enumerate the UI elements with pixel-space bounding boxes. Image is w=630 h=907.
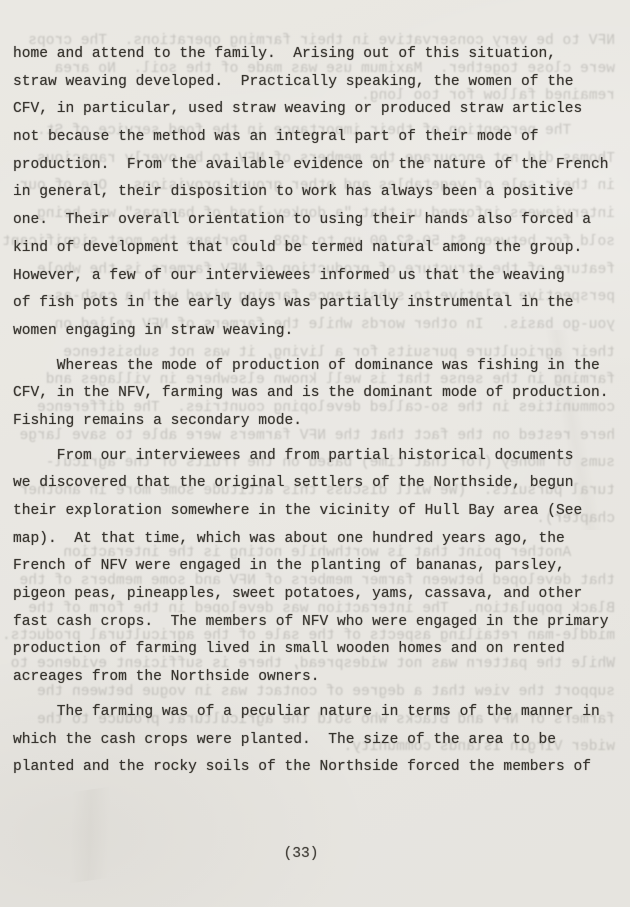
text-line: acreages from the Northside owners. (13, 664, 624, 692)
paragraph: From our interviewees and from partial h… (13, 443, 624, 692)
text-layer: home and attend to the family. Arising o… (13, 41, 624, 782)
text-line: straw weaving developed. Practically spe… (13, 69, 624, 97)
text-line: in general, their disposition to work ha… (13, 179, 624, 207)
text-line: one. Their overall orientation to using … (13, 207, 624, 235)
text-line: home and attend to the family. Arising o… (13, 41, 624, 69)
text-line: of fish pots in the early days was parti… (13, 290, 624, 318)
text-line: However, a few of our interviewees infor… (13, 263, 624, 291)
text-line: women engaging in straw weaving. (13, 318, 624, 346)
text-line: From our interviewees and from partial h… (13, 443, 624, 471)
text-line: we discovered that the original settlers… (13, 470, 624, 498)
text-line: map). At that time, which was about one … (13, 526, 624, 554)
text-line: not because the method was an integral p… (13, 124, 624, 152)
paragraph: Whereas the mode of production of domina… (13, 353, 624, 436)
text-line: Fishing remains a secondary mode. (13, 408, 624, 436)
paragraph: home and attend to the family. Arising o… (13, 41, 624, 346)
text-line: CFV, in the NFV, farming was and is the … (13, 380, 624, 408)
page-number: (33) (13, 846, 589, 862)
text-line: Whereas the mode of production of domina… (13, 353, 624, 381)
text-line: production. From the available evidence … (13, 152, 624, 180)
text-line: which the cash crops were planted. The s… (13, 727, 624, 755)
text-line: their exploration somewhere in the vicin… (13, 498, 624, 526)
text-line: pigeon peas, pineapples, sweet potatoes,… (13, 581, 624, 609)
text-line: kind of development that could be termed… (13, 235, 624, 263)
text-line: fast cash crops. The members of NFV who … (13, 609, 624, 637)
text-line: production of farming lived in small woo… (13, 636, 624, 664)
text-line: planted and the rocky soils of the North… (13, 754, 624, 782)
text-line: CFV, in particular, used straw weaving o… (13, 96, 624, 124)
paragraph: The farming was of a peculiar nature in … (13, 699, 624, 782)
text-line: French of NFV were engaged in the planti… (13, 553, 624, 581)
text-line: The farming was of a peculiar nature in … (13, 699, 624, 727)
